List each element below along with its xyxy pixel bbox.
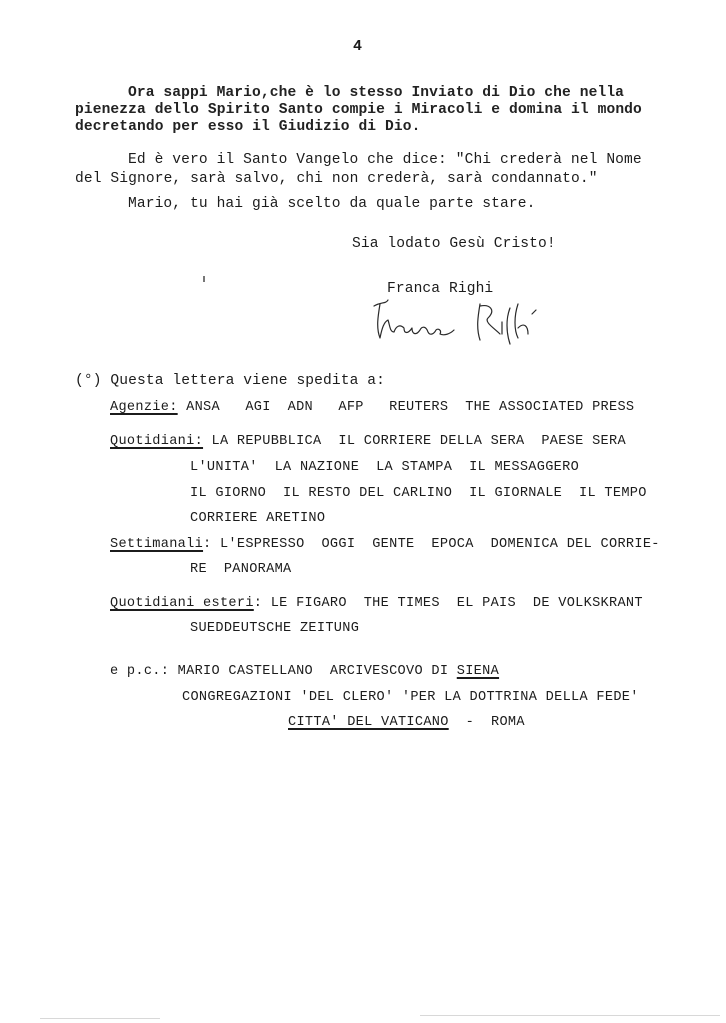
pc-vaticano: CITTA' DEL VATICANO <box>288 715 449 730</box>
signer-name: Franca Righi <box>387 281 493 298</box>
pc-line-2: CONGREGAZIONI 'DEL CLERO' 'PER LA DOTTRI… <box>182 689 639 706</box>
page-number: 4 <box>353 38 362 55</box>
paragraph-1-line-1: Ora sappi Mario,che è lo stesso Inviato … <box>128 85 624 102</box>
quotidiani-line-4: CORRIERE ARETINO <box>190 510 325 527</box>
handwritten-signature: Franca Righi <box>368 298 548 346</box>
quotidiani-esteri-line-1: Quotidiani esteri: LE FIGARO THE TIMES E… <box>110 595 643 612</box>
quotidiani-line-2: L'UNITA' LA NAZIONE LA STAMPA IL MESSAGG… <box>190 459 579 476</box>
scan-edge-mark <box>420 1015 720 1016</box>
quotidiani-line-3: IL GIORNO IL RESTO DEL CARLINO IL GIORNA… <box>190 485 647 502</box>
pc-siena: SIENA <box>457 664 499 679</box>
salutation: Sia lodato Gesù Cristo! <box>352 236 556 253</box>
pc-prefix: e p.c.: MARIO CASTELLANO ARCIVESCOVO DI <box>110 664 457 679</box>
agenzie-label: Agenzie: <box>110 400 178 415</box>
paragraph-1-line-2: pienezza dello Spirito Santo compie i Mi… <box>75 102 642 119</box>
settimanali-label: Settimanali <box>110 537 203 552</box>
quotidiani-esteri-label: Quotidiani esteri <box>110 596 254 611</box>
paragraph-2-line-2: del Signore, sarà salvo, chi non crederà… <box>75 171 598 188</box>
pc-line-1: e p.c.: MARIO CASTELLANO ARCIVESCOVO DI … <box>110 663 499 680</box>
agenzie-line: Agenzie: ANSA AGI ADN AFP REUTERS THE AS… <box>110 399 634 416</box>
quotidiani-esteri-list-1: : LE FIGARO THE TIMES EL PAIS DE VOLKSKR… <box>254 596 643 611</box>
scan-edge-mark <box>40 1018 160 1019</box>
paragraph-3: Mario, tu hai già scelto da quale parte … <box>128 196 535 213</box>
quotidiani-esteri-line-2: SUEDDEUTSCHE ZEITUNG <box>190 620 359 637</box>
paragraph-1-line-3: decretando per esso il Giudizio di Dio. <box>75 119 420 136</box>
paragraph-2-line-1: Ed è vero il Santo Vangelo che dice: "Ch… <box>128 152 642 169</box>
settimanali-line-1: Settimanali: L'ESPRESSO OGGI GENTE EPOCA… <box>110 536 660 553</box>
quotidiani-list-1: LA REPUBBLICA IL CORRIERE DELLA SERA PAE… <box>203 434 626 449</box>
quotidiani-line-1: Quotidiani: LA REPUBBLICA IL CORRIERE DE… <box>110 433 626 450</box>
scan-speck <box>203 276 205 282</box>
document-page: 4 Ora sappi Mario,che è lo stesso Inviat… <box>0 0 726 1023</box>
pc-roma: - ROMA <box>449 715 525 730</box>
quotidiani-label: Quotidiani: <box>110 434 203 449</box>
distribution-intro: (°) Questa lettera viene spedita a: <box>75 373 385 390</box>
settimanali-list-1: : L'ESPRESSO OGGI GENTE EPOCA DOMENICA D… <box>203 537 660 552</box>
pc-line-3: CITTA' DEL VATICANO - ROMA <box>288 714 525 731</box>
agenzie-list: ANSA AGI ADN AFP REUTERS THE ASSOCIATED … <box>178 400 635 415</box>
settimanali-line-2: RE PANORAMA <box>190 561 292 578</box>
